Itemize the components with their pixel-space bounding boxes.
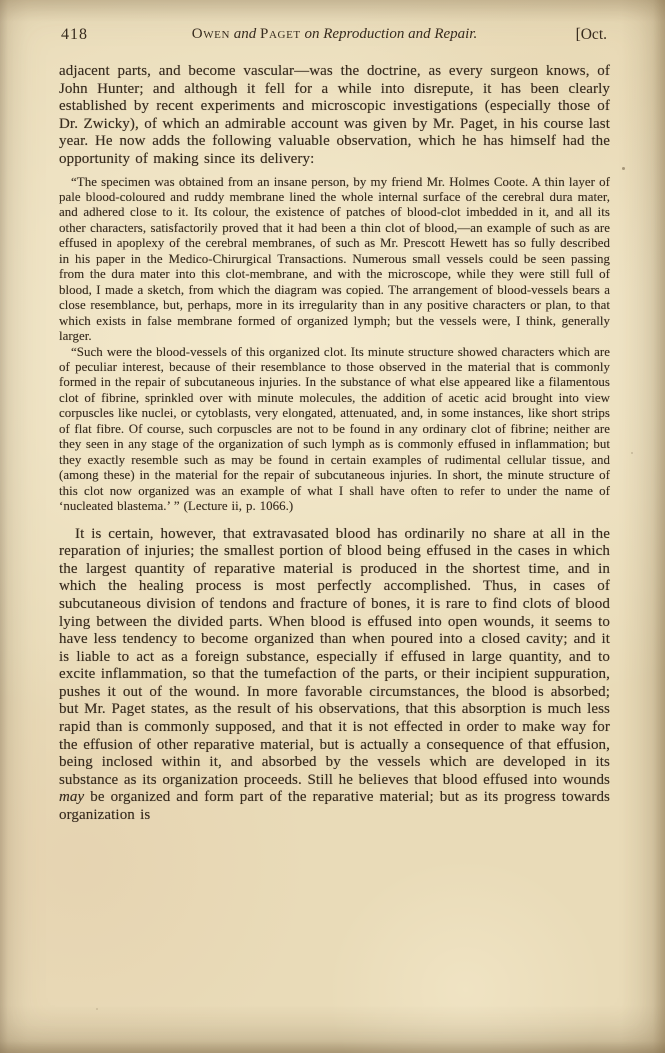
page-content: 418 Owen and Paget on Reproduction and R…: [59, 26, 610, 825]
closing-text-after: be organized and form part of the repara…: [59, 789, 610, 823]
issue-month-label: [Oct.: [576, 26, 607, 44]
title-conjunction: and: [230, 26, 260, 42]
scanned-page: 418 Owen and Paget on Reproduction and R…: [0, 0, 665, 1053]
paper-speck: [96, 1008, 98, 1010]
title-author-owen: Owen: [192, 26, 230, 42]
running-title: Owen and Paget on Reproduction and Repai…: [59, 26, 610, 43]
paper-speck: [631, 452, 633, 454]
closing-text-before: It is certain, however, that extravasate…: [59, 526, 610, 788]
article-body: adjacent parts, and become vascular—was …: [59, 63, 610, 825]
quote-paragraph-2: “Such were the blood-vessels of this org…: [59, 345, 610, 515]
quotation-block: “The specimen was obtained from an insan…: [59, 175, 610, 515]
quote-paragraph-1: “The specimen was obtained from an insan…: [59, 175, 610, 345]
intro-paragraph: adjacent parts, and become vascular—was …: [59, 63, 610, 169]
closing-italic-word: may: [59, 789, 84, 805]
title-author-paget: Paget: [260, 26, 301, 42]
closing-paragraph: It is certain, however, that extravasate…: [59, 526, 610, 825]
page-number: 418: [61, 26, 88, 44]
paper-speck: [622, 167, 625, 170]
running-head: 418 Owen and Paget on Reproduction and R…: [59, 26, 610, 46]
title-subject: on Reproduction and Repair.: [301, 26, 478, 42]
